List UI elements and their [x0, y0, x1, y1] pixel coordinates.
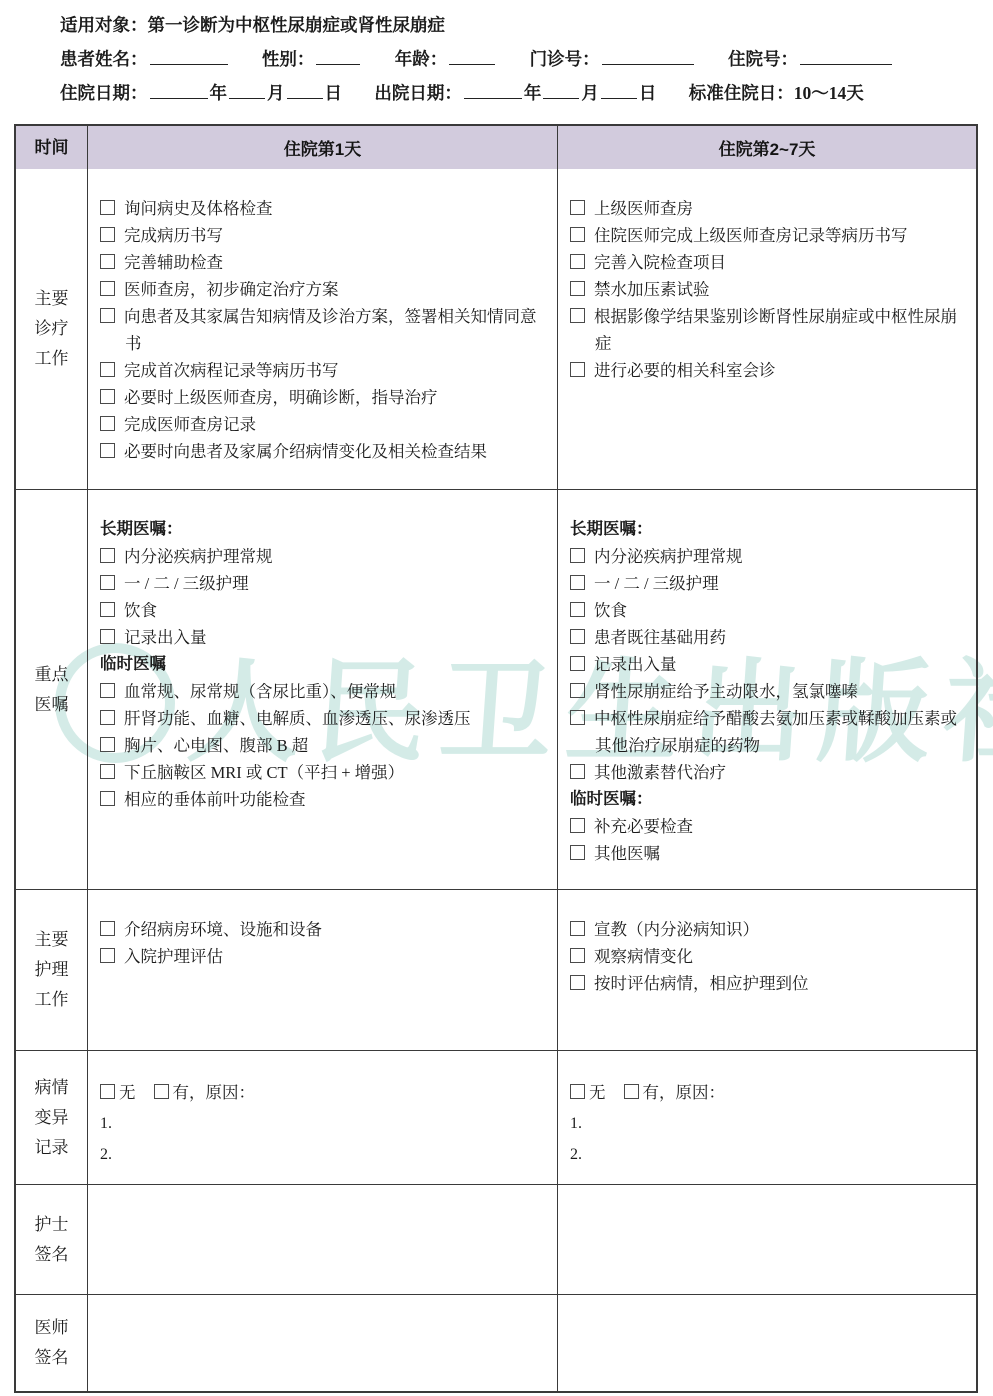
row-label-line: 变异 [35, 1103, 69, 1133]
checklist-item: 内分泌疾病护理常规 [100, 543, 541, 570]
gender-label: 性别： [262, 49, 315, 69]
variation-choice-line: 无有，原因： [100, 1077, 541, 1108]
checkbox-none[interactable] [570, 1084, 585, 1099]
orders-section-heading: 临时医嘱 [100, 651, 541, 678]
orders-section-heading: 临时医嘱： [570, 786, 960, 813]
checkbox[interactable] [570, 845, 585, 860]
checklist-item: 中枢性尿崩症给予醋酸去氨加压素或鞣酸加压素或其他治疗尿崩症的药物 [570, 705, 960, 759]
checklist-item: 介绍病房环境、设施和设备 [100, 916, 541, 943]
checklist-item-label: 上级医师查房 [594, 199, 693, 218]
variation-choice-line: 无有，原因： [570, 1077, 960, 1108]
checkbox[interactable] [100, 281, 115, 296]
checklist-item: 一 / 二 / 三级护理 [100, 570, 541, 597]
row-label-line: 护士 [35, 1210, 69, 1240]
checkbox-yes[interactable] [624, 1084, 639, 1099]
checkbox[interactable] [570, 227, 585, 242]
checkbox[interactable] [100, 948, 115, 963]
checkbox[interactable] [100, 389, 115, 404]
patient-name-label: 患者姓名： [60, 49, 148, 69]
cell-main-diagnosis-work-day1: 询问病史及体格检查完成病历书写完善辅助检查医师查房，初步确定治疗方案向患者及其家… [88, 169, 558, 489]
checklist-item-label: 禁水加压素试验 [594, 280, 710, 299]
checklist-item-label: 住院医师完成上级医师查房记录等病历书写 [594, 226, 908, 245]
discharge-month-unit: 月 [581, 83, 599, 103]
checklist-item-label: 其他医嘱 [594, 844, 660, 863]
inpatient-no-blank[interactable] [800, 49, 892, 65]
cell-key-orders-day2-7: 长期医嘱：内分泌疾病护理常规一 / 二 / 三级护理饮食患者既往基础用药记录出入… [558, 490, 976, 889]
checklist-item-label: 肾性尿崩症给予主动限水，氢氯噻嗪 [594, 682, 858, 701]
discharge-day-unit: 日 [639, 83, 657, 103]
checklist-item-label: 观察病情变化 [594, 947, 693, 966]
checklist-item-label: 介绍病房环境、设施和设备 [124, 920, 322, 939]
checklist-item-label: 入院护理评估 [124, 947, 223, 966]
checkbox[interactable] [570, 548, 585, 563]
checkbox-none[interactable] [100, 1084, 115, 1099]
checklist-item: 上级医师查房 [570, 195, 960, 222]
checklist-item: 下丘脑鞍区 MRI 或 CT（平扫 + 增强） [100, 759, 541, 786]
checklist-item: 一 / 二 / 三级护理 [570, 570, 960, 597]
table-row-key-orders: 重点医嘱长期医嘱：内分泌疾病护理常规一 / 二 / 三级护理饮食记录出入量临时医… [16, 489, 976, 889]
admission-month-unit: 月 [267, 83, 285, 103]
checklist-item-label: 询问病史及体格检查 [124, 199, 273, 218]
checkbox[interactable] [100, 548, 115, 563]
checklist-item: 观察病情变化 [570, 943, 960, 970]
checkbox[interactable] [570, 818, 585, 833]
dates-line: 住院日期：年月日 出院日期：年月日 标准住院日：10～14天 [60, 76, 970, 110]
checkbox[interactable] [100, 308, 115, 323]
admission-day-blank[interactable] [287, 83, 323, 99]
admission-date-label: 住院日期： [60, 83, 148, 103]
checklist-item: 住院医师完成上级医师查房记录等病历书写 [570, 222, 960, 249]
checkbox[interactable] [100, 629, 115, 644]
applicable-target-line: 适用对象：第一诊断为中枢性尿崩症或肾性尿崩症 [60, 8, 970, 42]
choice-yes-label: 有，原因： [643, 1083, 726, 1102]
orders-section-heading: 长期医嘱： [570, 516, 960, 543]
outpatient-no-blank[interactable] [602, 49, 694, 65]
reason-line: 1. [100, 1108, 541, 1139]
checkbox[interactable] [570, 921, 585, 936]
row-label-variation-record: 病情变异记录 [16, 1051, 88, 1184]
checklist-item: 宣教（内分泌病知识） [570, 916, 960, 943]
standard-stay-value: 10～14天 [794, 83, 864, 103]
checklist-item: 饮食 [100, 597, 541, 624]
discharge-year-blank[interactable] [464, 83, 522, 99]
table-header-row: 时间 住院第1天 住院第2~7天 [16, 126, 976, 169]
table-row-main-nursing-work: 主要护理工作介绍病房环境、设施和设备入院护理评估宣教（内分泌病知识）观察病情变化… [16, 889, 976, 1050]
checklist-item: 禁水加压素试验 [570, 276, 960, 303]
checkbox[interactable] [570, 602, 585, 617]
cell-physician-signature-day1 [88, 1295, 558, 1391]
checklist-item-label: 饮食 [594, 601, 627, 620]
checkbox[interactable] [100, 710, 115, 725]
reason-line: 1. [570, 1108, 960, 1139]
table-row-nurse-signature: 护士签名 [16, 1184, 976, 1294]
applicable-target-text: 第一诊断为中枢性尿崩症或肾性尿崩症 [148, 15, 446, 35]
checklist-item: 入院护理评估 [100, 943, 541, 970]
checklist-item: 完成首次病程记录等病历书写 [100, 357, 541, 384]
checklist-item: 向患者及其家属告知病情及诊治方案，签署相关知情同意书 [100, 303, 541, 357]
row-label-line: 工作 [35, 985, 69, 1015]
checkbox[interactable] [570, 281, 585, 296]
page: 人民卫生出版社 适用对象：第一诊断为中枢性尿崩症或肾性尿崩症 患者姓名： 性别：… [0, 0, 993, 1396]
checkbox[interactable] [100, 791, 115, 806]
checkbox[interactable] [100, 575, 115, 590]
checklist-item-label: 必要时向患者及家属介绍病情变化及相关检查结果 [124, 442, 487, 461]
checklist-item: 肾性尿崩症给予主动限水，氢氯噻嗪 [570, 678, 960, 705]
checklist-item: 患者既往基础用药 [570, 624, 960, 651]
checklist-item-label: 宣教（内分泌病知识） [594, 920, 759, 939]
checklist-item: 完善辅助检查 [100, 249, 541, 276]
table-row-main-diagnosis-work: 主要诊疗工作询问病史及体格检查完成病历书写完善辅助检查医师查房，初步确定治疗方案… [16, 169, 976, 489]
checkbox[interactable] [570, 764, 585, 779]
row-label-line: 主要 [35, 925, 69, 955]
checklist-item-label: 血常规、尿常规（含尿比重）、便常规 [124, 682, 396, 701]
discharge-year-unit: 年 [524, 83, 542, 103]
checkbox[interactable] [100, 602, 115, 617]
checkbox[interactable] [570, 575, 585, 590]
column-header-time: 时间 [16, 126, 88, 169]
choice-yes-label: 有，原因： [173, 1083, 256, 1102]
checklist-item-label: 相应的垂体前叶功能检查 [124, 790, 306, 809]
cell-main-nursing-work-day2-7: 宣教（内分泌病知识）观察病情变化按时评估病情，相应护理到位 [558, 890, 976, 1050]
checklist-item-label: 记录出入量 [124, 628, 207, 647]
checkbox[interactable] [570, 683, 585, 698]
row-label-key-orders: 重点医嘱 [16, 490, 88, 889]
admission-month-blank[interactable] [229, 83, 265, 99]
checklist-item-label: 下丘脑鞍区 MRI 或 CT（平扫 + 增强） [124, 763, 404, 782]
checklist-item-label: 补充必要检查 [594, 817, 693, 836]
row-label-line: 记录 [35, 1133, 69, 1163]
checkbox[interactable] [570, 710, 585, 725]
checklist-item-label: 内分泌疾病护理常规 [124, 547, 273, 566]
checkbox[interactable] [100, 764, 115, 779]
checkbox[interactable] [570, 308, 585, 323]
reason-line: 2. [100, 1139, 541, 1170]
checklist-item-label: 胸片、心电图、腹部 B 超 [124, 736, 308, 755]
checklist-item: 胸片、心电图、腹部 B 超 [100, 732, 541, 759]
checkbox[interactable] [570, 362, 585, 377]
checklist-item: 根据影像学结果鉴别诊断肾性尿崩症或中枢性尿崩症 [570, 303, 960, 357]
checklist-item: 完成医师查房记录 [100, 411, 541, 438]
checklist-item: 完成病历书写 [100, 222, 541, 249]
clinical-pathway-table: 时间 住院第1天 住院第2~7天 主要诊疗工作询问病史及体格检查完成病历书写完善… [14, 124, 978, 1393]
checklist-item: 记录出入量 [100, 624, 541, 651]
checklist-item-label: 其他激素替代治疗 [594, 763, 726, 782]
checklist-item-label: 完善入院检查项目 [594, 253, 726, 272]
checklist-item: 相应的垂体前叶功能检查 [100, 786, 541, 813]
row-label-main-diagnosis-work: 主要诊疗工作 [16, 169, 88, 489]
row-label-nurse-signature: 护士签名 [16, 1185, 88, 1294]
cell-nurse-signature-day1 [88, 1185, 558, 1294]
checklist-item-label: 一 / 二 / 三级护理 [124, 574, 249, 593]
age-blank[interactable] [449, 49, 495, 65]
form-header: 适用对象：第一诊断为中枢性尿崩症或肾性尿崩症 患者姓名： 性别： 年龄： 门诊号… [60, 8, 970, 110]
checklist-item-label: 向患者及其家属告知病情及诊治方案，签署相关知情同意书 [124, 307, 537, 353]
cell-physician-signature-day2-7 [558, 1295, 976, 1391]
checklist-item: 补充必要检查 [570, 813, 960, 840]
checklist-item-label: 中枢性尿崩症给予醋酸去氨加压素或鞣酸加压素或其他治疗尿崩症的药物 [594, 709, 957, 755]
checklist-item-label: 完善辅助检查 [124, 253, 223, 272]
checklist-item-label: 医师查房，初步确定治疗方案 [124, 280, 339, 299]
row-label-line: 医师 [35, 1313, 69, 1343]
row-label-line: 诊疗 [35, 314, 69, 344]
table-row-variation-record: 病情变异记录无有，原因：1.2.无有，原因：1.2. [16, 1050, 976, 1184]
checkbox[interactable] [570, 629, 585, 644]
patient-info-line: 患者姓名： 性别： 年龄： 门诊号： 住院号： [60, 42, 970, 76]
checklist-item: 记录出入量 [570, 651, 960, 678]
checklist-item-label: 一 / 二 / 三级护理 [594, 574, 719, 593]
column-header-day2-7: 住院第2~7天 [558, 126, 976, 169]
checklist-item-label: 根据影像学结果鉴别诊断肾性尿崩症或中枢性尿崩症 [594, 307, 957, 353]
checkbox[interactable] [100, 227, 115, 242]
checkbox[interactable] [100, 921, 115, 936]
cell-variation-record-day2-7: 无有，原因：1.2. [558, 1051, 976, 1184]
checkbox[interactable] [100, 416, 115, 431]
row-label-physician-signature: 医师签名 [16, 1295, 88, 1391]
orders-section-heading: 长期医嘱： [100, 516, 541, 543]
cell-variation-record-day1: 无有，原因：1.2. [88, 1051, 558, 1184]
checklist-item-label: 按时评估病情，相应护理到位 [594, 974, 809, 993]
checklist-item-label: 饮食 [124, 601, 157, 620]
checklist-item: 必要时上级医师查房，明确诊断，指导治疗 [100, 384, 541, 411]
admission-year-unit: 年 [210, 83, 228, 103]
table-row-physician-signature: 医师签名 [16, 1294, 976, 1391]
cell-nurse-signature-day2-7 [558, 1185, 976, 1294]
choice-none-label: 无 [589, 1083, 606, 1102]
applicable-target-label: 适用对象： [60, 15, 148, 35]
checklist-item: 其他激素替代治疗 [570, 759, 960, 786]
checklist-item-label: 完成首次病程记录等病历书写 [124, 361, 339, 380]
checklist-item: 其他医嘱 [570, 840, 960, 867]
checklist-item-label: 进行必要的相关科室会诊 [594, 361, 776, 380]
column-header-day1: 住院第1天 [88, 126, 558, 169]
row-label-line: 签名 [35, 1240, 69, 1270]
checklist-item-label: 记录出入量 [594, 655, 677, 674]
checklist-item: 必要时向患者及家属介绍病情变化及相关检查结果 [100, 438, 541, 465]
row-label-line: 护理 [35, 955, 69, 985]
standard-stay-label: 标准住院日： [689, 83, 794, 103]
row-label-line: 医嘱 [35, 690, 69, 720]
row-label-line: 主要 [35, 284, 69, 314]
checkbox[interactable] [100, 443, 115, 458]
patient-name-blank[interactable] [150, 49, 228, 65]
cell-key-orders-day1: 长期医嘱：内分泌疾病护理常规一 / 二 / 三级护理饮食记录出入量临时医嘱血常规… [88, 490, 558, 889]
checklist-item: 肝肾功能、血糖、电解质、血渗透压、尿渗透压 [100, 705, 541, 732]
checklist-item: 内分泌疾病护理常规 [570, 543, 960, 570]
discharge-date-label: 出院日期： [374, 83, 462, 103]
checklist-item-label: 患者既往基础用药 [594, 628, 726, 647]
table-body: 主要诊疗工作询问病史及体格检查完成病历书写完善辅助检查医师查房，初步确定治疗方案… [16, 169, 976, 1391]
checklist-item: 按时评估病情，相应护理到位 [570, 970, 960, 997]
checkbox[interactable] [100, 362, 115, 377]
checkbox[interactable] [100, 683, 115, 698]
checkbox[interactable] [100, 200, 115, 215]
row-label-line: 签名 [35, 1343, 69, 1373]
cell-main-diagnosis-work-day2-7: 上级医师查房住院医师完成上级医师查房记录等病历书写完善入院检查项目禁水加压素试验… [558, 169, 976, 489]
discharge-month-blank[interactable] [543, 83, 579, 99]
row-label-line: 工作 [35, 344, 69, 374]
checklist-item: 进行必要的相关科室会诊 [570, 357, 960, 384]
checklist-item: 血常规、尿常规（含尿比重）、便常规 [100, 678, 541, 705]
row-label-line: 重点 [35, 660, 69, 690]
admission-year-blank[interactable] [150, 83, 208, 99]
checkbox[interactable] [100, 254, 115, 269]
cell-main-nursing-work-day1: 介绍病房环境、设施和设备入院护理评估 [88, 890, 558, 1050]
checkbox[interactable] [100, 737, 115, 752]
checkbox[interactable] [570, 656, 585, 671]
checklist-item-label: 肝肾功能、血糖、电解质、血渗透压、尿渗透压 [124, 709, 471, 728]
checklist-item: 饮食 [570, 597, 960, 624]
checkbox[interactable] [570, 948, 585, 963]
checklist-item: 医师查房，初步确定治疗方案 [100, 276, 541, 303]
checkbox[interactable] [570, 975, 585, 990]
admission-day-unit: 日 [325, 83, 343, 103]
reason-line: 2. [570, 1139, 960, 1170]
gender-blank[interactable] [316, 49, 360, 65]
checklist-item-label: 内分泌疾病护理常规 [594, 547, 743, 566]
choice-none-label: 无 [119, 1083, 136, 1102]
checklist-item: 询问病史及体格检查 [100, 195, 541, 222]
checklist-item-label: 必要时上级医师查房，明确诊断，指导治疗 [124, 388, 438, 407]
checklist-item-label: 完成病历书写 [124, 226, 223, 245]
row-label-main-nursing-work: 主要护理工作 [16, 890, 88, 1050]
checkbox[interactable] [570, 200, 585, 215]
discharge-day-blank[interactable] [601, 83, 637, 99]
checkbox[interactable] [570, 254, 585, 269]
checklist-item-label: 完成医师查房记录 [124, 415, 256, 434]
age-label: 年龄： [395, 49, 448, 69]
checklist-item: 完善入院检查项目 [570, 249, 960, 276]
outpatient-no-label: 门诊号： [530, 49, 600, 69]
row-label-line: 病情 [35, 1073, 69, 1103]
inpatient-no-label: 住院号： [728, 49, 798, 69]
checkbox-yes[interactable] [154, 1084, 169, 1099]
